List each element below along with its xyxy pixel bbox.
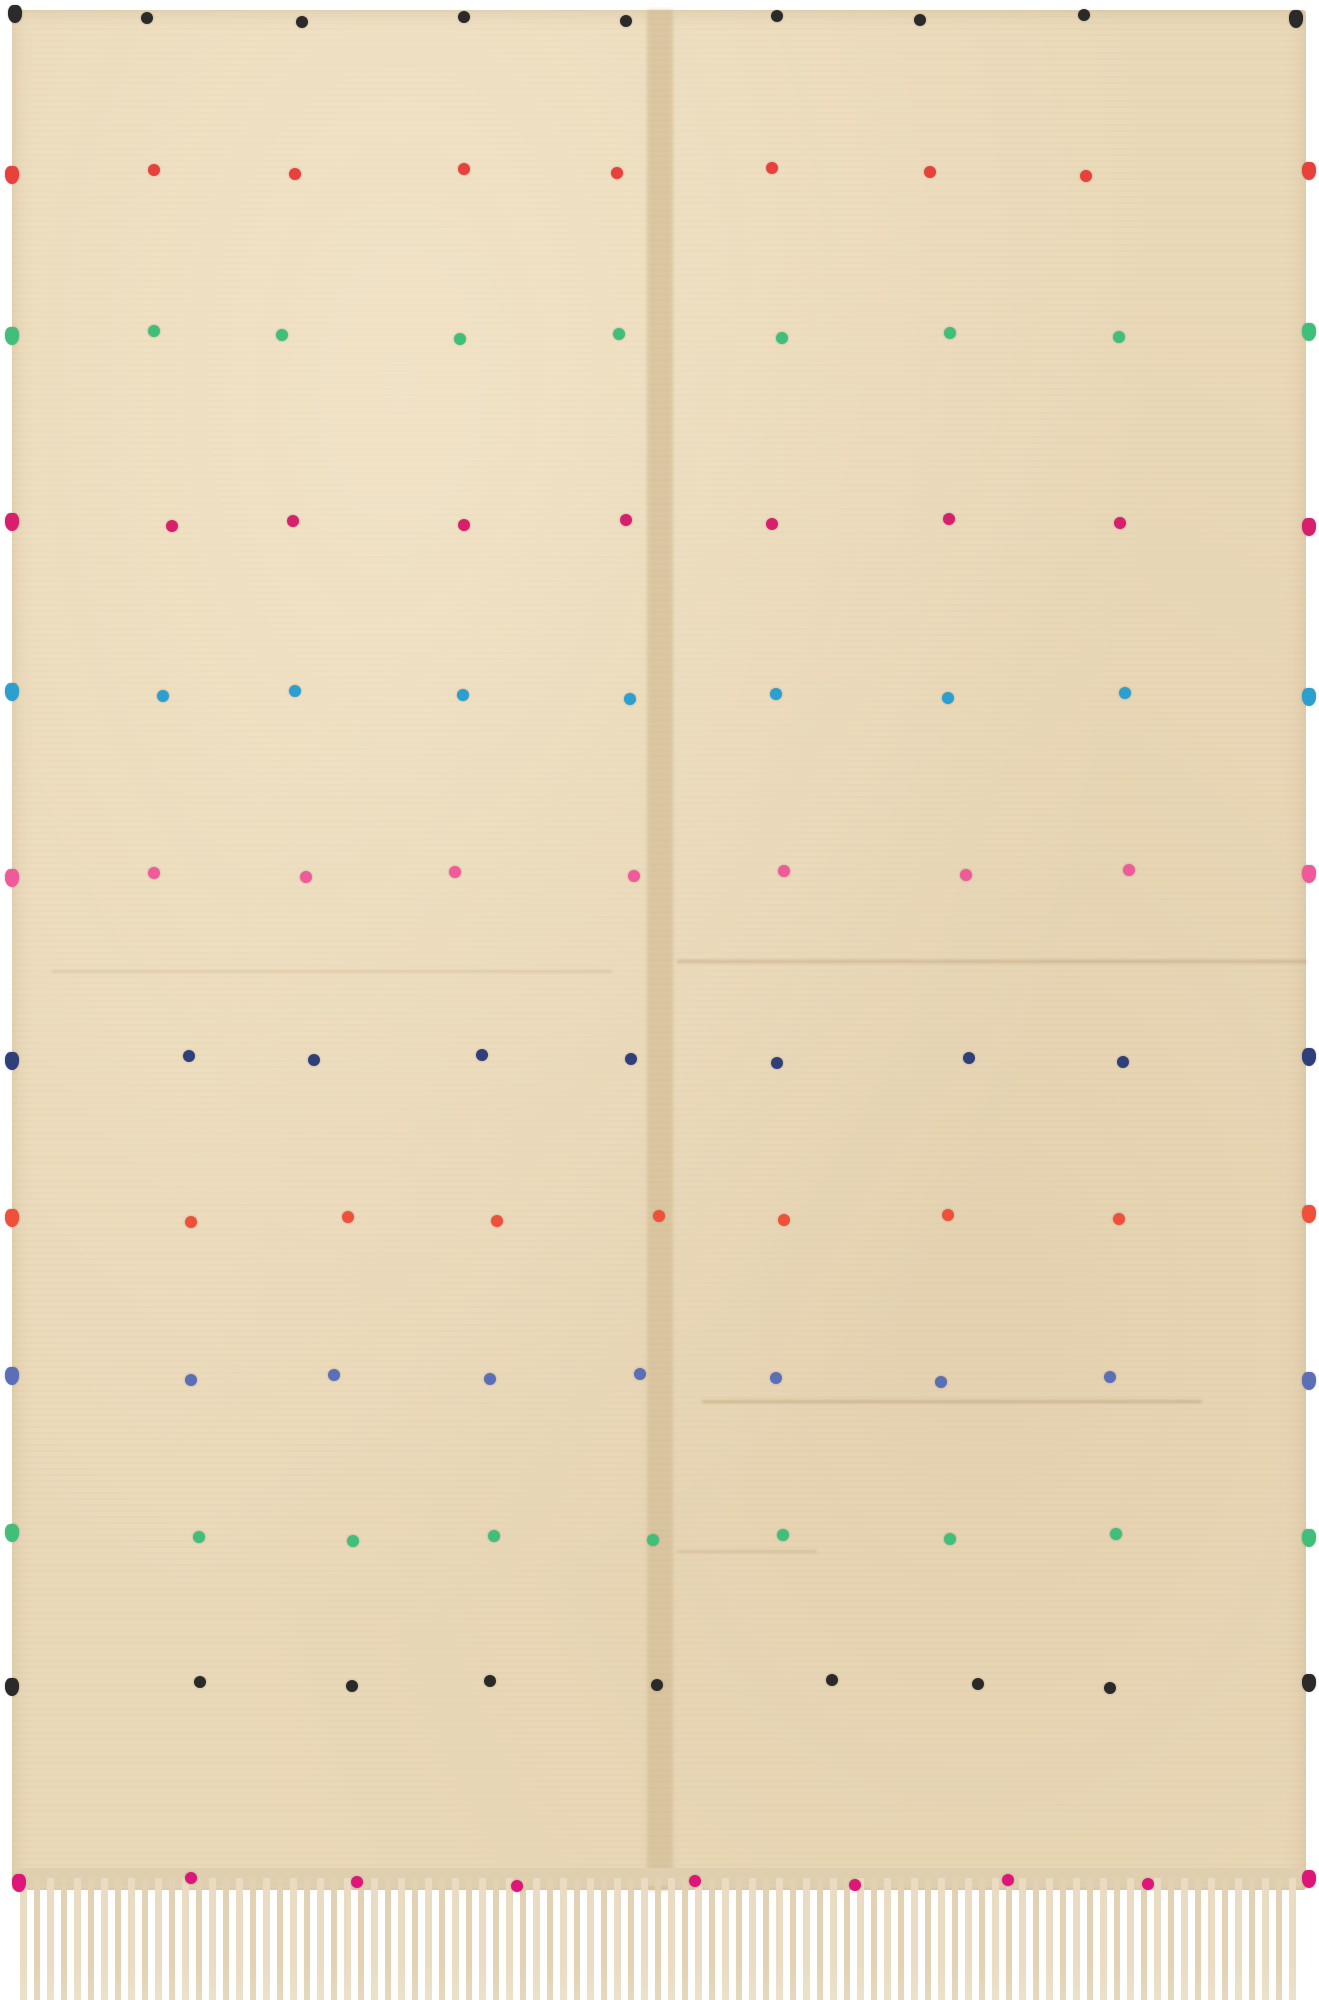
color-dot xyxy=(776,332,788,344)
color-dot xyxy=(1110,1528,1122,1540)
color-dot xyxy=(1114,517,1126,529)
edge-tuft xyxy=(5,1678,19,1696)
color-dot xyxy=(183,1050,195,1062)
edge-tuft xyxy=(5,166,19,184)
color-dot xyxy=(308,1054,320,1066)
color-dot xyxy=(458,163,470,175)
color-dot xyxy=(935,1376,947,1388)
color-dot xyxy=(770,1372,782,1384)
edge-tuft xyxy=(8,5,22,23)
color-dot xyxy=(624,693,636,705)
color-dot xyxy=(1113,331,1125,343)
color-dot xyxy=(457,689,469,701)
color-dot xyxy=(771,1057,783,1069)
color-dot xyxy=(185,1216,197,1228)
color-dot xyxy=(943,513,955,525)
color-dot xyxy=(924,166,936,178)
color-dot xyxy=(287,515,299,527)
edge-tuft xyxy=(5,1524,19,1542)
color-dot xyxy=(347,1535,359,1547)
color-dot xyxy=(914,14,926,26)
edge-tuft xyxy=(5,513,19,531)
color-dot xyxy=(653,1210,665,1222)
color-dot xyxy=(296,16,308,28)
color-dot xyxy=(611,167,623,179)
color-dot xyxy=(1123,864,1135,876)
color-dot xyxy=(491,1215,503,1227)
color-dot xyxy=(476,1049,488,1061)
color-dot xyxy=(148,867,160,879)
color-dot xyxy=(289,168,301,180)
color-dot xyxy=(346,1680,358,1692)
color-dot xyxy=(771,10,783,22)
edge-tuft xyxy=(5,1367,19,1385)
color-dot xyxy=(1104,1682,1116,1694)
color-dot xyxy=(944,1533,956,1545)
edge-tuft xyxy=(1289,10,1303,28)
rug-crease xyxy=(52,970,612,973)
edge-tuft xyxy=(1302,688,1316,706)
color-dot xyxy=(454,333,466,345)
color-dot xyxy=(449,866,461,878)
color-dot xyxy=(1080,170,1092,182)
color-dot xyxy=(328,1369,340,1381)
color-dot xyxy=(1119,687,1131,699)
rug-crease xyxy=(702,1400,1202,1403)
color-dot xyxy=(1142,1878,1154,1890)
color-dot xyxy=(620,15,632,27)
edge-tuft xyxy=(1302,1205,1316,1223)
color-dot xyxy=(613,328,625,340)
color-dot xyxy=(766,162,778,174)
color-dot xyxy=(1113,1213,1125,1225)
color-dot xyxy=(289,685,301,697)
color-dot xyxy=(166,520,178,532)
color-dot xyxy=(194,1676,206,1688)
color-dot xyxy=(770,688,782,700)
color-dot xyxy=(620,514,632,526)
color-dot xyxy=(157,690,169,702)
color-dot xyxy=(276,329,288,341)
edge-tuft xyxy=(1302,1529,1316,1547)
color-dot xyxy=(351,1876,363,1888)
color-dot xyxy=(511,1880,523,1892)
edge-tuft xyxy=(1302,323,1316,341)
color-dot xyxy=(942,692,954,704)
rug-fringe xyxy=(20,1878,1300,2000)
color-dot xyxy=(778,865,790,877)
color-dot xyxy=(689,1875,701,1887)
color-dot xyxy=(1104,1371,1116,1383)
color-dot xyxy=(651,1679,663,1691)
edge-tuft xyxy=(1302,1048,1316,1066)
color-dot xyxy=(777,1529,789,1541)
edge-tuft xyxy=(5,683,19,701)
color-dot xyxy=(972,1678,984,1690)
color-dot xyxy=(141,12,153,24)
color-dot xyxy=(148,164,160,176)
color-dot xyxy=(185,1872,197,1884)
color-dot xyxy=(826,1674,838,1686)
color-dot xyxy=(960,869,972,881)
color-dot xyxy=(458,519,470,531)
color-dot xyxy=(963,1052,975,1064)
color-dot xyxy=(185,1374,197,1386)
color-dot xyxy=(778,1214,790,1226)
edge-tuft xyxy=(5,327,19,345)
edge-tuft xyxy=(1302,162,1316,180)
color-dot xyxy=(488,1530,500,1542)
rug-crease xyxy=(677,1550,817,1553)
edge-tuft xyxy=(1302,1870,1316,1888)
color-dot xyxy=(300,871,312,883)
color-dot xyxy=(342,1211,354,1223)
edge-tuft xyxy=(5,869,19,887)
color-dot xyxy=(849,1879,861,1891)
color-dot xyxy=(1002,1874,1014,1886)
color-dot xyxy=(484,1373,496,1385)
edge-tuft xyxy=(5,1052,19,1070)
color-dot xyxy=(1078,9,1090,21)
color-dot xyxy=(942,1209,954,1221)
color-dot xyxy=(625,1053,637,1065)
edge-tuft xyxy=(12,1874,26,1892)
color-dot xyxy=(628,870,640,882)
rug-crease xyxy=(677,960,1307,963)
color-dot xyxy=(944,327,956,339)
rug-center-seam xyxy=(647,10,673,1890)
color-dot xyxy=(484,1675,496,1687)
color-dot xyxy=(458,11,470,23)
color-dot xyxy=(1117,1056,1129,1068)
edge-tuft xyxy=(1302,1674,1316,1692)
color-dot xyxy=(193,1531,205,1543)
edge-tuft xyxy=(1302,518,1316,536)
rug xyxy=(12,10,1306,1890)
edge-tuft xyxy=(1302,1372,1316,1390)
color-dot xyxy=(766,518,778,530)
edge-tuft xyxy=(1302,865,1316,883)
edge-tuft xyxy=(5,1209,19,1227)
color-dot xyxy=(148,325,160,337)
color-dot xyxy=(647,1534,659,1546)
color-dot xyxy=(634,1368,646,1380)
